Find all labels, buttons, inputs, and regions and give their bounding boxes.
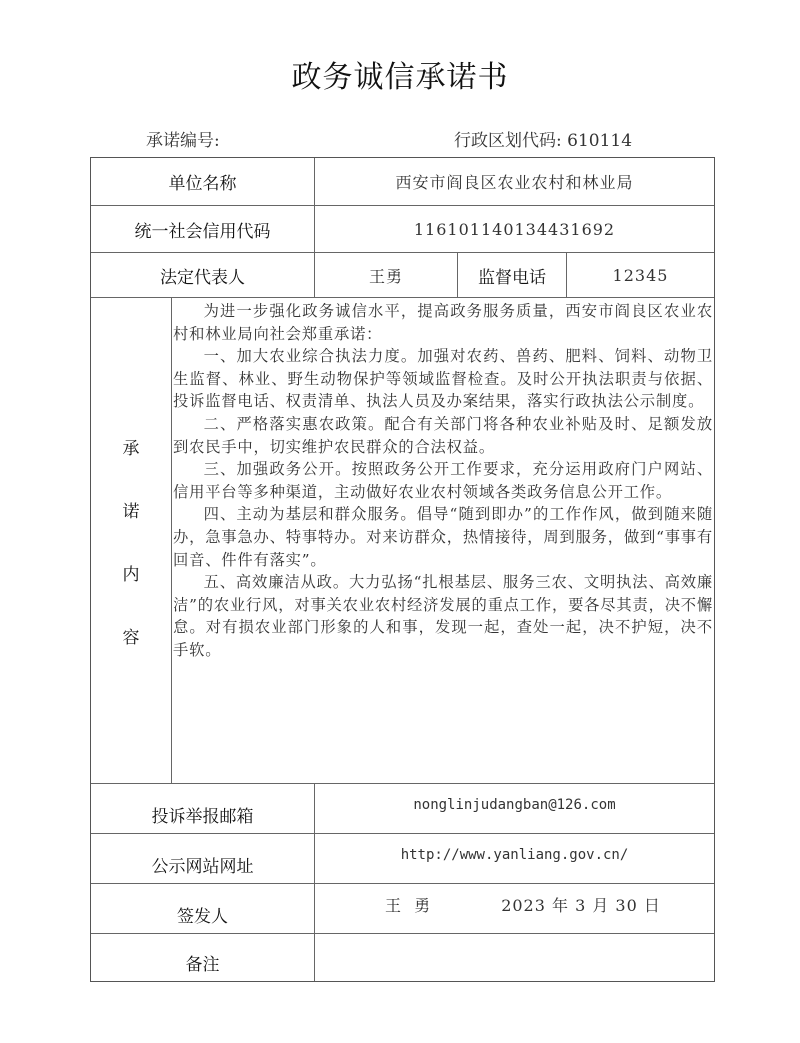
- row-email: 投诉举报邮箱 nonglinjudangban@126.com: [91, 784, 714, 834]
- paragraph-5: 五、高效廉洁从政。大力弘扬“扎根基层、服务三农、文明执法、高效廉洁”的农业行风，…: [173, 571, 713, 661]
- content-label: 承 诺 内 容: [91, 298, 171, 783]
- website-label: 公示网站网址: [91, 834, 314, 883]
- phone-label: 监督电话: [457, 253, 566, 297]
- website-value: http://www.yanliang.gov.cn/: [314, 834, 714, 883]
- commitment-content: 为进一步强化政务诚信水平，提高政务服务质量，西安市阎良区农业农村和林业局向社会郑…: [173, 300, 713, 662]
- paragraph-3: 三、加强政务公开。按照政务公开工作要求，充分运用政府门户网站、信用平台等多种渠道…: [173, 458, 713, 503]
- paragraph-4: 四、主动为基层和群众服务。倡导“随到即办”的工作作风，做到随来随办，急事急办、特…: [173, 503, 713, 571]
- row-remarks: 备注: [91, 934, 714, 981]
- signer-value: 王 勇 2023 年 3 月 30 日: [314, 884, 714, 933]
- paragraph-intro: 为进一步强化政务诚信水平，提高政务服务质量，西安市阎良区农业农村和林业局向社会郑…: [173, 300, 713, 345]
- row-website: 公示网站网址 http://www.yanliang.gov.cn/: [91, 834, 714, 884]
- row-credit-code: 统一社会信用代码 116101140134431692: [91, 206, 714, 253]
- row-unit-name: 单位名称 西安市阎良区农业农村和林业局: [91, 158, 714, 206]
- commitment-table: 单位名称 西安市阎良区农业农村和林业局 统一社会信用代码 11610114013…: [90, 157, 715, 982]
- paragraph-1: 一、加大农业综合执法力度。加强对农药、兽药、肥料、饲料、动物卫生监督、林业、野生…: [173, 345, 713, 413]
- admin-code-value: 610114: [567, 131, 632, 151]
- row-signer: 签发人 王 勇 2023 年 3 月 30 日: [91, 884, 714, 934]
- document-title: 政务诚信承诺书: [0, 52, 800, 96]
- admin-code: 行政区划代码: 610114: [454, 126, 632, 151]
- email-label: 投诉举报邮箱: [91, 784, 314, 833]
- email-value: nonglinjudangban@126.com: [314, 784, 714, 833]
- paragraph-2: 二、严格落实惠农政策。配合有关部门将各种农业补贴及时、足额发放到农民手中，切实维…: [173, 413, 713, 458]
- unit-name-label: 单位名称: [91, 158, 314, 205]
- credit-code-value: 116101140134431692: [314, 206, 714, 252]
- credit-code-label: 统一社会信用代码: [91, 206, 314, 252]
- signer-name: 王 勇: [385, 893, 431, 916]
- unit-name-value: 西安市阎良区农业农村和林业局: [314, 158, 714, 205]
- remarks-label: 备注: [91, 934, 314, 981]
- remarks-value: [314, 934, 714, 981]
- row-content: 承 诺 内 容 为进一步强化政务诚信水平，提高政务服务质量，西安市阎良区农业农村…: [91, 298, 714, 784]
- row-legal-rep: 法定代表人 王勇 监督电话 12345: [91, 253, 714, 298]
- commitment-number-label: 承诺编号:: [146, 126, 220, 151]
- legal-rep-value: 王勇: [314, 253, 457, 297]
- signer-label: 签发人: [91, 884, 314, 933]
- sign-date: 2023 年 3 月 30 日: [501, 893, 661, 916]
- admin-code-label: 行政区划代码:: [454, 131, 562, 151]
- legal-rep-label: 法定代表人: [91, 253, 314, 297]
- phone-value: 12345: [566, 253, 714, 297]
